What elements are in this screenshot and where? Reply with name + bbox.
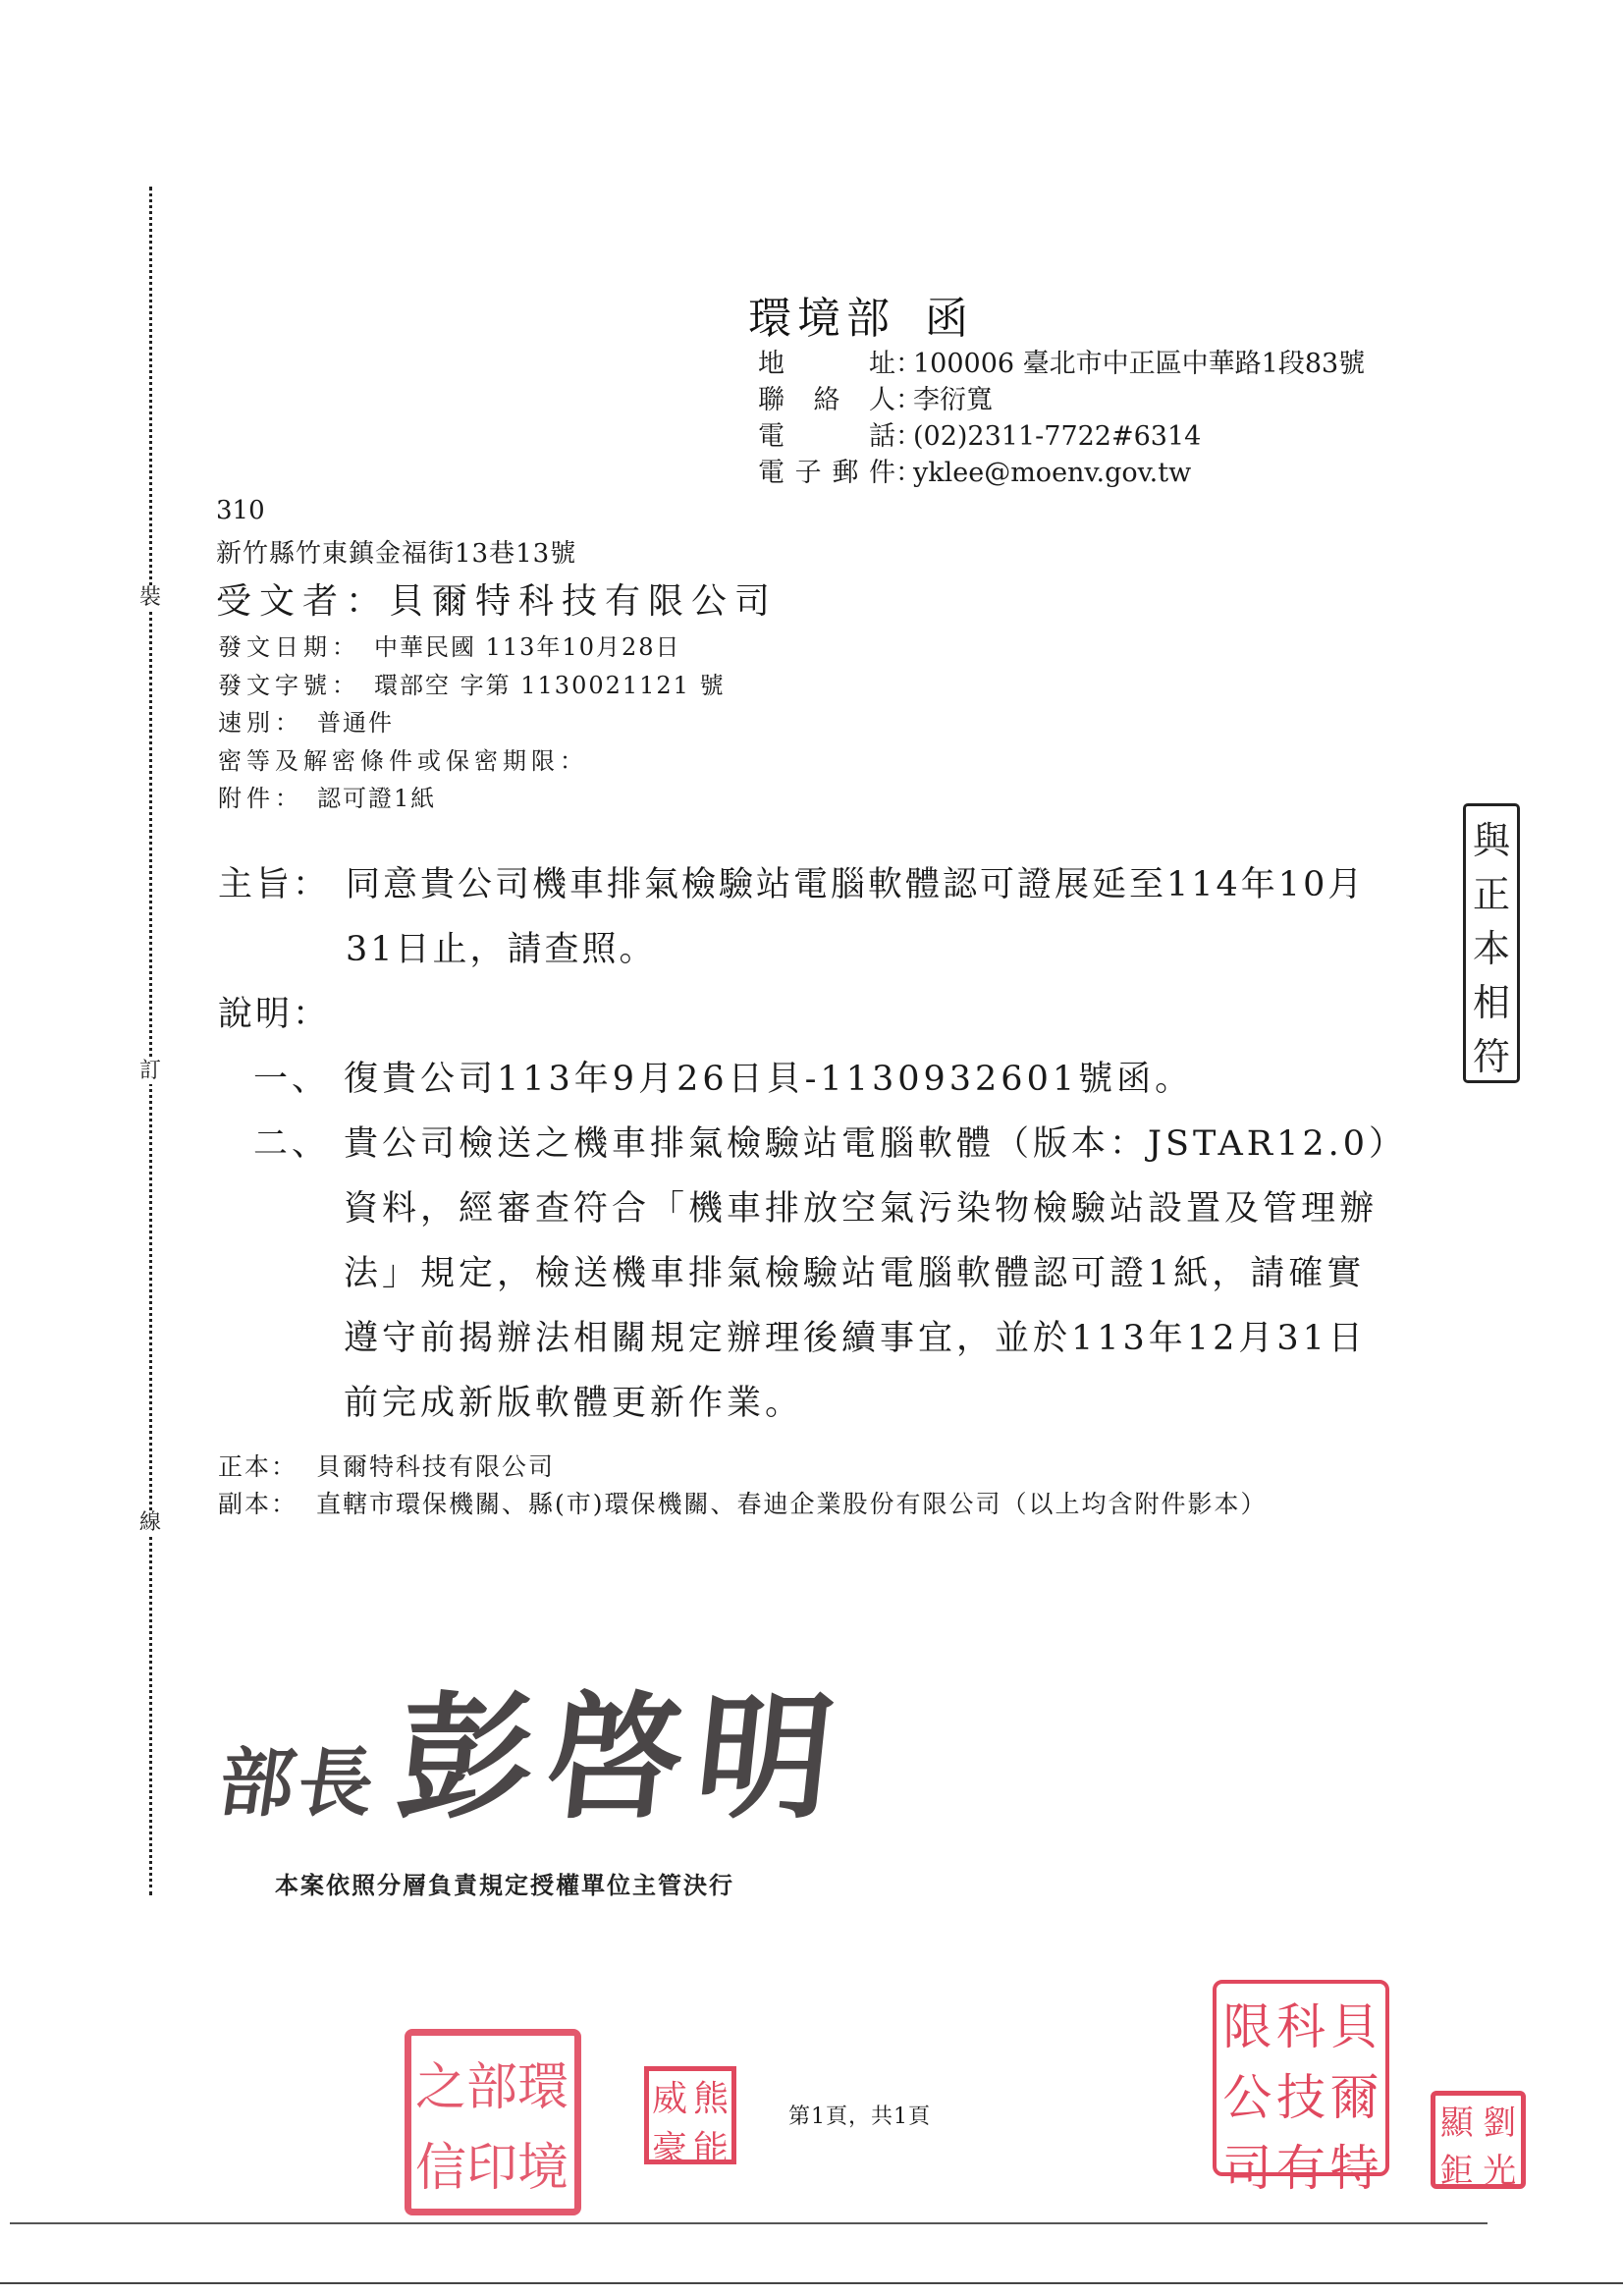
signature-name: 彭啓明 [390,1650,858,1844]
contact-label: 電話 [758,418,895,455]
explanation-list: 一、 復貴公司113年9月26日貝-1130932601號函。 二、 貴公司檢送… [253,1047,1402,1436]
contact-phone-row: 電話 ： (02)2311-7722#6314 [758,418,1365,455]
company-seal: 貝 爾 特 科 技 有 限 公 司 [1213,1980,1389,2176]
document-type: 函 [925,294,974,344]
meta-speed: 速別：普通件 [218,704,726,742]
explanation-label: 說明： [218,987,330,1036]
original-recipient: 貝爾特科技有限公司 [316,1449,1411,1486]
page-number: 第1頁，共1頁 [788,2100,931,2130]
binding-dashed-line [149,187,152,1895]
contact-email-row: 電子郵件 ： yklee@moenv.gov.tw [758,455,1365,491]
subject-text: 同意貴公司機車排氣檢驗站電腦軟體認可證展延至114年10月31日止，請查照。 [346,852,1406,982]
subject-label: 主旨： [218,852,346,982]
meta-document-number: 發文字號：環部空 字第 1130021121 號 [218,667,726,705]
meta-attachment: 附件：認可證1紙 [218,780,726,818]
explanation-item-number: 一、 [253,1047,344,1112]
recipient-label: 受文者： [216,581,389,622]
cc-recipients: 直轄市環保機關、縣(市)環保機關、春迪企業股份有限公司（以上均含附件影本） [316,1486,1411,1523]
recipient-name: 貝爾特科技有限公司 [389,581,778,622]
explanation-item: 二、 貴公司檢送之機車排氣檢驗站電腦軟體（版本：JSTAR12.0）資料，經審查… [253,1112,1402,1436]
binding-char-zhuang: 裝 [135,585,165,611]
agency-seal: 環 境 部 印 之 信 [405,2029,581,2215]
explanation-item-text: 貴公司檢送之機車排氣檢驗站電腦軟體（版本：JSTAR12.0）資料，經審查符合「… [344,1112,1394,1436]
document-title: 環境部函 [748,283,974,346]
contact-person: 李衍寬 [913,382,993,418]
copies-section: 正本： 貝爾特科技有限公司 副本： 直轄市環保機關、縣(市)環保機關、春迪企業股… [218,1449,1416,1523]
contact-label: 聯絡人 [758,382,895,418]
delegation-note: 本案依照分層負責規定授權單位主管決行 [275,1866,734,1900]
contact-address: 100006 臺北市中正區中華路1段83號 [913,346,1365,382]
page-edge-rule [0,2282,1623,2284]
certified-copy-stamp: 與 正 本 相 符 [1463,803,1520,1083]
subject-section: 主旨： 同意貴公司機車排氣檢驗站電腦軟體認可證展延至114年10月31日止，請查… [218,852,1416,982]
recipient-address: 新竹縣竹東鎮金福街13巷13號 [216,533,576,570]
cc-copy-row: 副本： 直轄市環保機關、縣(市)環保機關、春迪企業股份有限公司（以上均含附件影本… [218,1486,1416,1523]
contact-address-row: 地址 ： 100006 臺北市中正區中華路1段83號 [758,346,1365,382]
contact-label: 電子郵件 [758,455,895,491]
official-seal: 熊 能 威 豪 [644,2066,736,2164]
cc-label: 副本： [218,1486,316,1523]
minister-signature: 部長 彭啓明 [221,1650,847,1844]
explanation-item: 一、 復貴公司113年9月26日貝-1130932601號函。 [253,1047,1402,1112]
meta-confidentiality: 密等及解密條件或保密期限： [218,742,726,781]
contact-label: 地址 [758,346,895,382]
agency-name: 環境部 [748,294,895,344]
meta-issue-date: 發文日期：中華民國 113年10月28日 [218,629,726,667]
contact-phone: (02)2311-7722#6314 [913,418,1201,455]
recipient-line: 受文者：貝爾特科技有限公司 [216,574,778,624]
document-meta: 發文日期：中華民國 113年10月28日 發文字號：環部空 字第 1130021… [218,629,726,818]
binding-char-xian: 線 [135,1510,165,1536]
explanation-item-number: 二、 [253,1112,344,1436]
recipient-zip: 310 [216,496,265,525]
contact-email[interactable]: yklee@moenv.gov.tw [913,455,1191,491]
footer-rule [10,2222,1488,2224]
original-copy-row: 正本： 貝爾特科技有限公司 [218,1449,1416,1486]
original-label: 正本： [218,1449,316,1486]
contact-block: 地址 ： 100006 臺北市中正區中華路1段83號 聯絡人 ： 李衍寬 電話 … [758,346,1365,491]
owner-seal: 劉 光 顯 鉅 [1431,2091,1526,2189]
explanation-item-text: 復貴公司113年9月26日貝-1130932601號函。 [344,1047,1394,1112]
signature-title: 部長 [213,1723,385,1831]
binding-char-ding: 訂 [135,1059,165,1084]
contact-person-row: 聯絡人 ： 李衍寬 [758,382,1365,418]
